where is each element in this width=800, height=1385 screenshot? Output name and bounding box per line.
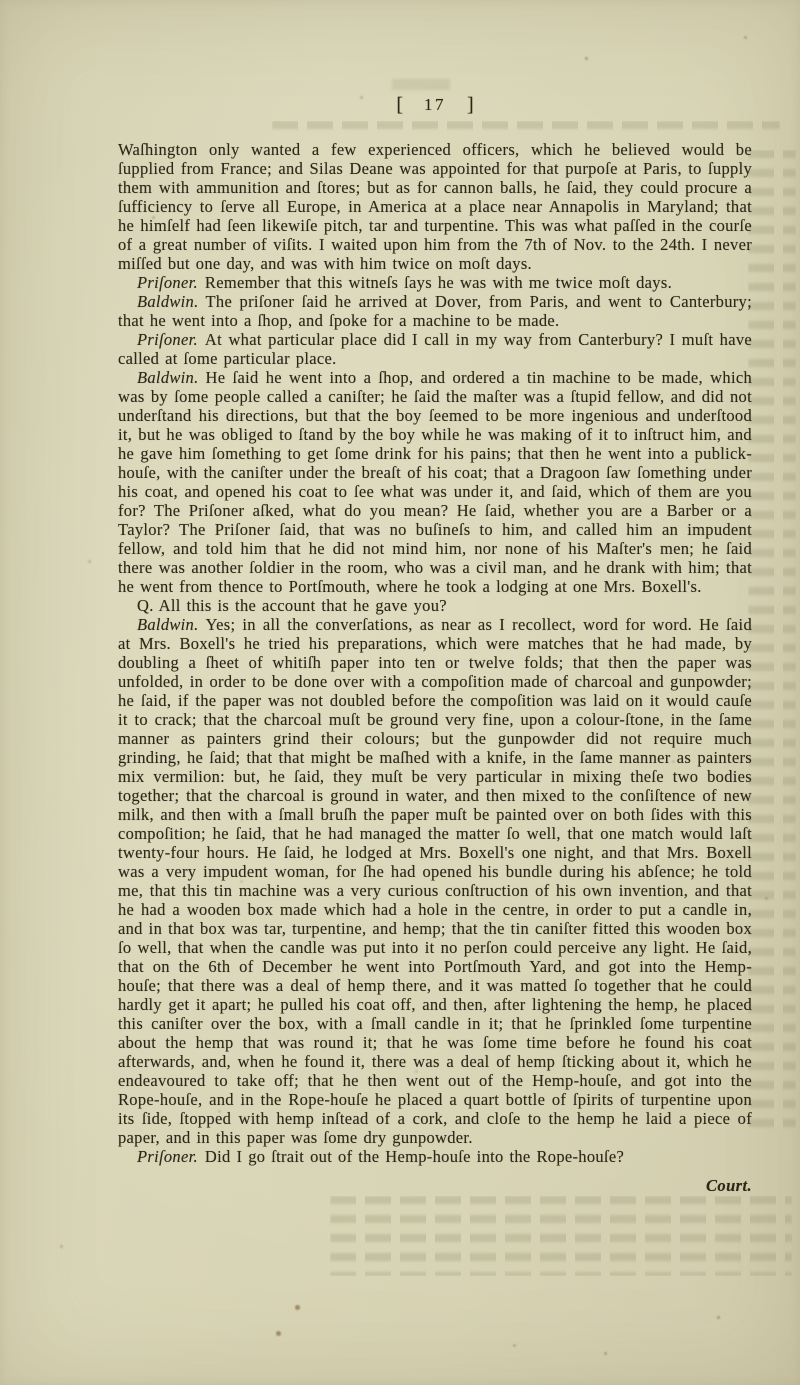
speech-text: The priſoner ſaid he arrived at Dover, f… xyxy=(118,292,752,330)
speech-text: Yes; in all the converſations, as near a… xyxy=(118,615,752,1147)
page-number: 17 xyxy=(424,95,446,115)
scanned-book-page: [17] Waſhington only wanted a few experi… xyxy=(0,0,800,1385)
testimony-paragraph: Q.All this is the account that he gave y… xyxy=(118,596,752,615)
testimony-paragraph: Priſoner.At what particular place did I … xyxy=(118,330,752,368)
catchword: Court. xyxy=(706,1176,752,1195)
speaker-label: Baldwin. xyxy=(137,368,199,387)
bleedthrough-text-ghost-right xyxy=(748,150,796,1135)
page-number-header: [17] xyxy=(118,94,752,117)
speech-text: Did I go ſtrait out of the Hemp-houſe in… xyxy=(205,1147,624,1166)
folio-bracket-right: ] xyxy=(467,94,474,116)
speech-text: All this is the account that he gave you… xyxy=(159,596,447,615)
speaker-label: Baldwin. xyxy=(137,615,199,634)
paragraph-continuation: Waſhington only wanted a few experienced… xyxy=(118,140,752,273)
testimony-paragraph: Priſoner.Remember that this witneſs ſays… xyxy=(118,273,752,292)
speaker-label: Priſoner. xyxy=(137,1147,198,1166)
testimony-paragraph: Priſoner.Did I go ſtrait out of the Hemp… xyxy=(118,1147,752,1166)
speaker-label: Priſoner. xyxy=(137,330,198,349)
bleedthrough-text-ghost-top xyxy=(272,121,780,132)
speech-text: Waſhington only wanted a few experienced… xyxy=(118,140,752,273)
speaker-label: Priſoner. xyxy=(137,273,198,292)
foxing-specks xyxy=(0,0,3,3)
folio-bracket-left: [ xyxy=(396,94,403,116)
bleedthrough-folio-ghost xyxy=(392,79,450,90)
testimony-paragraph: Baldwin.Yes; in all the converſations, a… xyxy=(118,615,752,1147)
paragraph-list: Waſhington only wanted a few experienced… xyxy=(118,140,752,1166)
testimony-paragraph: Baldwin.The priſoner ſaid he arrived at … xyxy=(118,292,752,330)
speaker-label: Baldwin. xyxy=(137,292,199,311)
bleedthrough-text-ghost-bottom xyxy=(330,1196,792,1276)
catchword-row: Court. xyxy=(118,1176,752,1195)
testimony-paragraph: Baldwin.He ſaid he went into a ſhop, and… xyxy=(118,368,752,596)
speech-text: He ſaid he went into a ſhop, and ordered… xyxy=(118,368,752,596)
testimony-text-block: Waſhington only wanted a few experienced… xyxy=(118,140,752,1195)
speech-text: At what particular place did I call in m… xyxy=(118,330,752,368)
speech-text: Remember that this witneſs ſays he was w… xyxy=(205,273,672,292)
speaker-label: Q. xyxy=(137,596,154,615)
